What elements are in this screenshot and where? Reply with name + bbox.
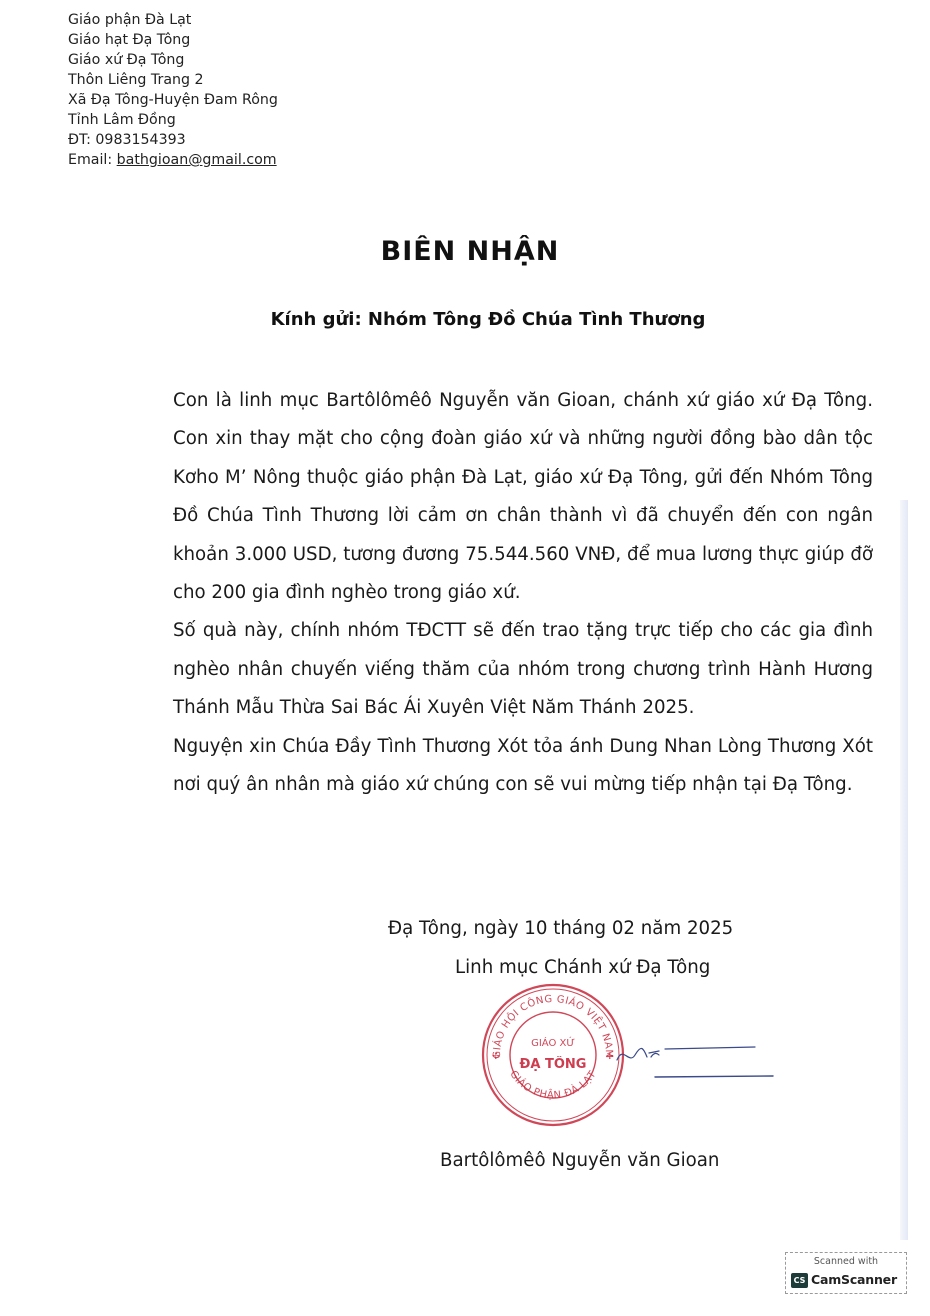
letterhead-line: Xã Đạ Tông-Huyện Đam Rông	[68, 90, 278, 110]
signer-title: Linh mục Chánh xứ Đạ Tông	[455, 957, 710, 978]
date-line: Đạ Tông, ngày 10 tháng 02 năm 2025	[388, 918, 733, 939]
svg-text:✢: ✢	[606, 1052, 614, 1062]
watermark-brand: CamScanner	[811, 1272, 897, 1287]
scan-edge-shadow	[900, 500, 908, 1240]
letterhead-phone: ĐT: 0983154393	[68, 130, 278, 150]
svg-text:✢: ✢	[492, 1052, 500, 1062]
body-paragraph: Con là linh mục Bartôlômêô Nguyễn văn Gi…	[173, 382, 873, 612]
letterhead: Giáo phận Đà Lạt Giáo hạt Đạ Tông Giáo x…	[68, 10, 278, 170]
salutation: Kính gửi: Nhóm Tông Đồ Chúa Tình Thương	[0, 309, 930, 330]
letterhead-line: Thôn Liêng Trang 2	[68, 70, 278, 90]
seal-inner-line-1: GIÁO XỨ	[531, 1036, 575, 1049]
letterhead-line: Giáo hạt Đạ Tông	[68, 30, 278, 50]
email-label: Email:	[68, 152, 117, 168]
document-title: BIÊN NHẬN	[0, 236, 930, 267]
seal-inner-line-2: ĐẠ TÔNG	[520, 1056, 587, 1072]
watermark-caption: Scanned with	[786, 1256, 906, 1267]
seal-bottom-text: GIÁO PHẬN ĐÀ LẠT	[507, 1069, 599, 1102]
camscanner-logo-icon: CS	[791, 1273, 808, 1288]
camscanner-watermark: Scanned with CS CamScanner	[785, 1252, 907, 1294]
body-paragraph: Số quà này, chính nhóm TĐCTT sẽ đến trao…	[173, 612, 873, 727]
letter-body: Con là linh mục Bartôlômêô Nguyễn văn Gi…	[173, 382, 873, 804]
letterhead-line: Giáo xứ Đạ Tông	[68, 50, 278, 70]
signature-icon	[615, 1035, 775, 1085]
letterhead-line: Tỉnh Lâm Đồng	[68, 110, 278, 130]
email-link[interactable]: bathgioan@gmail.com	[117, 152, 277, 168]
signer-name: Bartôlômêô Nguyễn văn Gioan	[440, 1150, 719, 1171]
letterhead-line: Giáo phận Đà Lạt	[68, 10, 278, 30]
parish-seal-icon: GIÁO HỘI CÔNG GIÁO VIỆT NAM GIÁO PHẬN ĐÀ…	[478, 980, 628, 1130]
svg-text:GIÁO PHẬN ĐÀ LẠT: GIÁO PHẬN ĐÀ LẠT	[507, 1069, 599, 1102]
letterhead-email-row: Email: bathgioan@gmail.com	[68, 150, 278, 170]
body-paragraph: Nguyện xin Chúa Đầy Tình Thương Xót tỏa …	[173, 728, 873, 805]
